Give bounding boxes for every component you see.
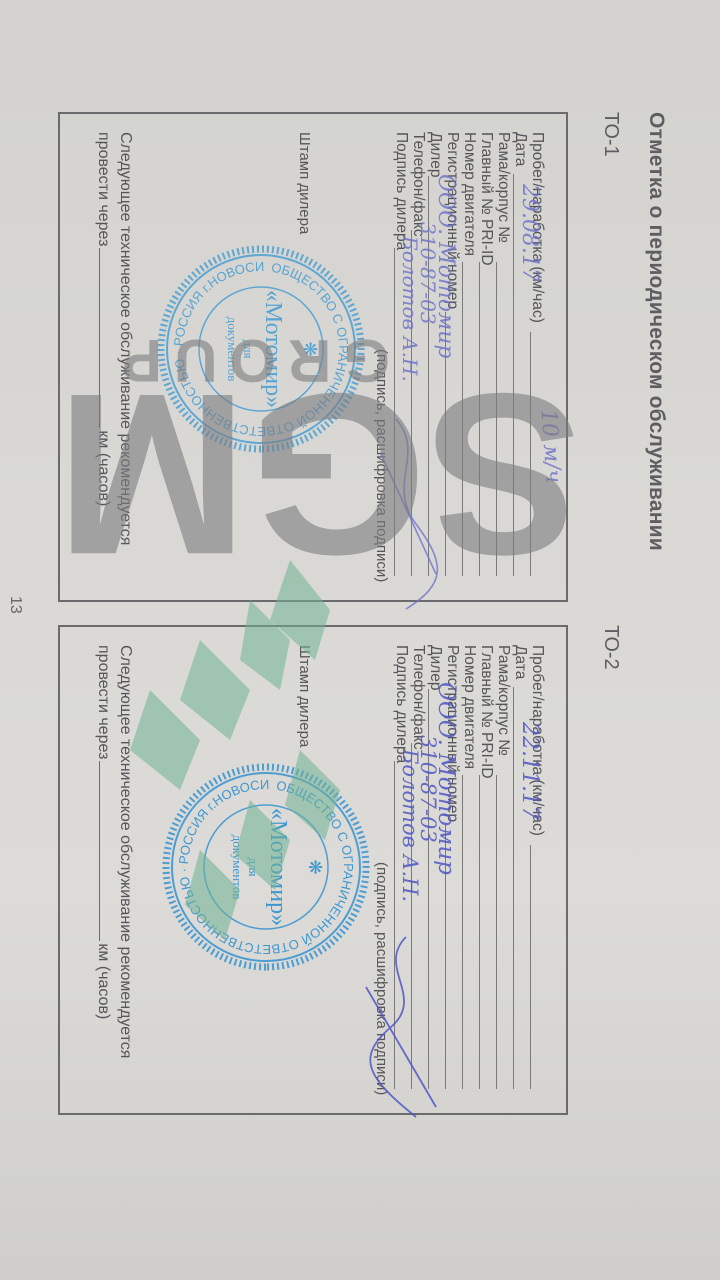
to1-box: Пробег/наработка (км/час) Дата Рама/корп… [58,112,568,602]
frame-label: Рама/корпус № [495,645,512,756]
to1-title: ТО-1 [599,112,622,157]
mileage-line[interactable] [530,332,531,576]
mileage-line[interactable] [530,845,531,1089]
to1-next-service: Следующее техническое обслуживание реком… [92,132,136,545]
next-service-prefix: провести через [95,132,112,246]
pri-line[interactable] [479,262,480,576]
to1-dealer-stamp: ОБЩЕСТВО С ОГРАНИЧЕННОЙ ОТВЕТСТВЕННОСТЬЮ… [156,244,366,454]
svg-text:«Мотомир»: «Мотомир» [265,808,291,926]
to2-mileage-row: Пробег/наработка (км/час) [529,645,546,1089]
to1-mileage-value: 10 м/ч [535,408,565,484]
engine-label: Номер двигателя [461,645,478,769]
to2-dealer-stamp: ОБЩЕСТВО С ОГРАНИЧЕННОЙ ОТВЕТСТВЕННОСТЬЮ… [161,762,371,972]
to1-pri-row: Главный № PRI-ID [478,132,495,576]
next-service-suffix: км (часов) [95,430,112,506]
svg-text:❋: ❋ [305,859,325,874]
frame-line[interactable] [496,262,497,576]
pri-label: Главный № PRI-ID [478,132,495,266]
page-title: Отметка о периодическом обслуживании [644,112,668,551]
pri-line[interactable] [479,775,480,1089]
frame-label: Рама/корпус № [495,132,512,243]
page-number: 13 [6,596,24,614]
date-line[interactable] [513,687,514,1089]
date-label: Дата [512,645,529,679]
svg-text:для: для [241,339,256,358]
to1-engine-row: Номер двигателя [461,132,478,576]
to2-stamp-label: Штамп дилера [296,645,313,747]
to1-stamp-label: Штамп дилера [296,132,313,234]
to2-next-service: Следующее техническое обслуживание реком… [92,645,136,1058]
svg-text:для: для [246,857,261,876]
next-service-text: Следующее техническое обслуживание реком… [114,645,136,1058]
engine-line[interactable] [462,262,463,576]
to1-date-value: 29.08.17 [517,184,542,282]
to1-signature-scribble [376,414,456,614]
next-service-blank[interactable] [99,761,100,941]
to2-engine-row: Номер двигателя [461,645,478,1089]
to2-frame-row: Рама/корпус № [495,645,512,1089]
date-line[interactable] [513,174,514,576]
next-service-blank[interactable] [99,248,100,428]
pri-label: Главный № PRI-ID [478,645,495,779]
signature-label: Подпись дилера [393,132,410,250]
svg-text:«Мотомир»: «Мотомир» [260,290,286,408]
to2-title: ТО-2 [599,625,622,670]
next-service-text: Следующее техническое обслуживание реком… [114,132,136,545]
date-label: Дата [512,132,529,166]
dealer-label: Дилер [427,132,444,177]
to2-pri-row: Главный № PRI-ID [478,645,495,1089]
to2-date-row: Дата [512,645,529,1089]
document-page: Отметка о периодическом обслуживании ТО-… [0,0,720,1280]
phone-label: Телефон/факс [410,645,427,750]
frame-line[interactable] [496,775,497,1089]
to2-signature-value: Болотов А.Н. [398,749,422,902]
engine-line[interactable] [462,775,463,1089]
svg-text:документов: документов [230,835,245,900]
svg-text:❋: ❋ [300,341,320,356]
to2-date-value: 22.11.17 [517,722,542,820]
to1-frame-row: Рама/корпус № [495,132,512,576]
next-service-suffix: км (часов) [95,943,112,1019]
to1-signature-value: Болотов А.Н. [398,236,422,382]
engine-label: Номер двигателя [461,132,478,256]
signature-label: Подпись дилера [393,645,410,763]
svg-text:документов: документов [225,317,240,382]
phone-label: Телефон/факс [410,132,427,237]
next-service-prefix: провести через [95,645,112,759]
to2-box: Пробег/наработка (км/час) Дата Рама/корп… [58,625,568,1115]
